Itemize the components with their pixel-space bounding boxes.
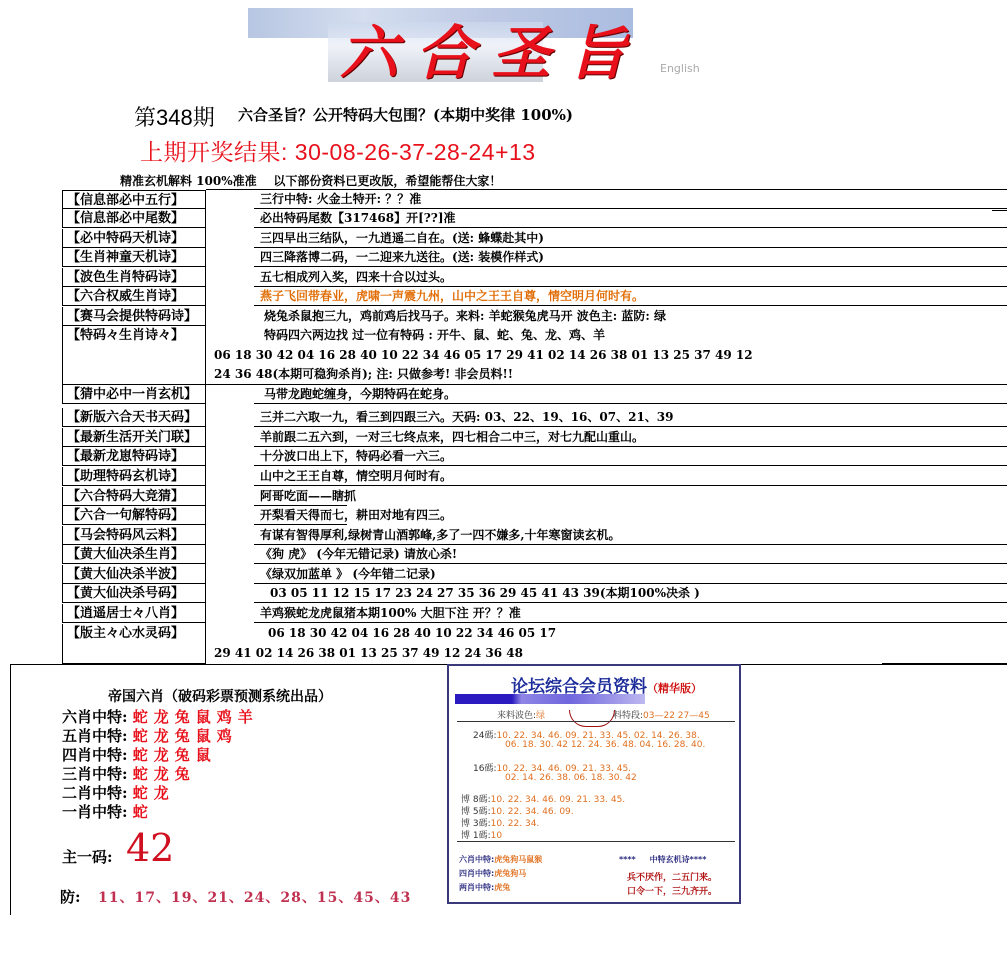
row-label: 【六合权威生肖诗】 — [62, 287, 206, 306]
pick-five: 五肖中特: 蛇龙兔鼠鸡 — [62, 725, 238, 746]
pick-label: 二肖中特: — [62, 784, 128, 802]
code-line: 10 — [491, 831, 502, 841]
row-value: 山中之王王自尊，情空明月何时有。 — [260, 467, 452, 486]
row-label: 【信息部必中五行】 — [62, 190, 206, 209]
pick-zodiacs: 蛇龙 — [133, 784, 175, 802]
code-label: 16碼: — [473, 764, 497, 774]
pick-zodiacs: 蛇龙兔鼠鸡 — [133, 727, 238, 745]
pick-one: 一肖中特: 蛇 — [62, 801, 154, 822]
row-value: 烧兔杀鼠抱三九，鸡前鸡后找马子。来料: 羊蛇猴兔虎马开 波色主: 蓝防: 绿 — [264, 307, 666, 326]
row-label: 【赛马会提供特码诗】 — [62, 307, 206, 326]
row-divider — [254, 485, 1007, 486]
pick-zodiacs: 蛇龙兔 — [133, 765, 196, 783]
row-label: 【黄大仙决杀生肖】 — [62, 545, 206, 564]
foot-six: 六肖中特:虎兔狗马鼠猴 — [459, 854, 542, 865]
row-value: 羊前跟二五六到，一对三七终点来，四七相合二中三，对七九配山重山。 — [260, 428, 644, 447]
notice: 精准玄机解料 100%准准 以下部份资料已更改版，希望能帮住大家！ — [120, 172, 501, 189]
english-link[interactable]: English — [660, 62, 700, 75]
pick-four: 四肖中特: 蛇龙兔鼠 — [62, 744, 217, 765]
code-label: 24碼: — [473, 731, 497, 741]
pick-six: 六肖中特: 蛇龙兔鼠鸡羊 — [62, 706, 259, 727]
wave-value: 绿 — [536, 711, 545, 721]
card-color-bar — [455, 694, 645, 704]
foot-value: 虎兔狗马鼠猴 — [494, 855, 542, 864]
row-value-extra: 29 41 02 14 26 38 01 13 25 37 49 12 24 3… — [214, 644, 523, 663]
code-label: 博 1碼: — [461, 831, 491, 841]
row-label: 【新版六合天书天码】 — [62, 408, 206, 427]
guard-numbers: 11、17、19、21、24、28、15、45、43 — [98, 887, 411, 907]
guard-label: 防: — [60, 886, 81, 907]
row-label: 【六合一句解特码】 — [62, 506, 206, 525]
row-label: 【猜中必中一肖玄机】 — [62, 385, 206, 404]
row-value: 开梨看天得而七，耕田对地有四三。 — [260, 506, 452, 525]
row-divider — [254, 266, 1007, 267]
pick-label: 四肖中特: — [62, 746, 128, 764]
row-label: 【逍遥居士々八肖】 — [62, 604, 206, 623]
row-value: 有谋有智得厚利,绿树青山酒郭峰,多了一四不嫌多,十年寒窗读玄机。 — [260, 526, 621, 545]
pick-two: 二肖中特: 蛇龙 — [62, 782, 175, 803]
wave-label: 来料波色: — [497, 711, 536, 721]
row-divider — [254, 524, 347, 525]
row-value: 四三降落博二码，一二迎来九送往。(送: 装模作样式) — [260, 248, 544, 267]
row-label: 【生肖神童天机诗】 — [62, 248, 206, 267]
code-line: 02. 14. 26. 38. 06. 18. 30. 42 — [505, 773, 637, 783]
row-divider — [254, 403, 1007, 404]
row-label: 【特码々生肖诗々】 — [62, 326, 206, 385]
row-label: 【助理特码玄机诗】 — [62, 467, 206, 486]
segment-label: 料特段: — [613, 711, 643, 721]
card-edition: （精华版） — [647, 682, 702, 695]
row-label: 【最新生活开关门联】 — [62, 428, 206, 447]
six-zodiac-title: 帝国六肖（破码彩票预测系统出品） — [108, 686, 332, 706]
foot-four: 四肖中特:虎兔狗马 — [459, 868, 526, 879]
divider — [742, 664, 882, 665]
divider — [882, 663, 1007, 664]
row-value: 燕子飞回带春业，虎啸一声震九州，山中之王王自尊，情空明月何时有。 — [260, 287, 644, 306]
row-label: 【必中特码天机诗】 — [62, 229, 206, 248]
row-value: 阿哥吃面——瞎抓 — [260, 487, 356, 506]
row-value: 06 18 30 42 04 16 28 40 10 22 34 46 05 1… — [268, 624, 556, 643]
pick-label: 一肖中特: — [62, 803, 128, 821]
code-line: 06. 18. 30. 42 12. 24. 36. 48. 04. 16. 2… — [505, 740, 705, 750]
row-label: 【版主々心水灵码】 — [62, 624, 206, 664]
main-number: 42 — [126, 826, 174, 870]
segment: 料特段:03—22 27—45 — [613, 708, 710, 721]
row-value: 羊鸡猴蛇龙虎鼠猪本期100% 大胆下注 开？？准 — [260, 604, 521, 623]
row-value: 五七相成列入奖，四来十合以过头。 — [260, 268, 452, 287]
row-value: 《狗 虎》 (今年无错记录) 请放心杀! — [260, 545, 457, 564]
row-value: 三行中特: 火金土特开: ？？准 — [260, 190, 421, 209]
foot-label: 六肖中特: — [459, 855, 494, 864]
column-divider — [205, 190, 206, 665]
last-result: 上期开奖结果: 30-08-26-37-28-24+13 — [140, 134, 536, 167]
banner-title: 六合圣旨 — [340, 18, 644, 88]
row-label: 【黄大仙决杀号码】 — [62, 584, 206, 603]
last-result-numbers: 30-08-26-37-28-24+13 — [295, 139, 536, 165]
row-value: 03 05 11 12 15 17 23 24 27 35 36 29 45 4… — [270, 584, 700, 603]
poem-title: **** 中特玄机诗**** — [619, 854, 706, 865]
row-divider — [254, 602, 1007, 603]
row-value: 十分波口出上下，特码必看一六三。 — [260, 447, 452, 466]
pick-label: 五肖中特: — [62, 727, 128, 745]
pick-zodiacs: 蛇龙兔鼠 — [133, 746, 217, 764]
row-label: 【六合特码大竞猜】 — [62, 487, 206, 506]
row-value: 特码四六两边找 过一位有特码 : 开牛、鼠、蛇、兔、龙、鸡、羊 — [264, 326, 605, 345]
code-b1: 博 1碼:10 — [461, 828, 502, 841]
row-divider — [254, 305, 1007, 306]
row-value: 三四早出三结队，一九逍遥二自在。(送: 蜂蝶赴其中) — [260, 229, 544, 248]
code-16-line2: 02. 14. 26. 38. 06. 18. 30. 42 — [505, 773, 637, 783]
poem-line-1: 兵不厌作，二五门来。 — [627, 870, 717, 883]
row-divider — [254, 227, 1007, 228]
pick-three: 三肖中特: 蛇龙兔 — [62, 763, 196, 784]
foot-value: 虎兔狗马 — [494, 869, 526, 878]
page-subtitle: 六合圣旨？公开特码大包围？(本期中奖律 100%) — [238, 104, 573, 125]
code-24-line2: 06. 18. 30. 42 12. 24. 36. 48. 04. 16. 2… — [505, 740, 705, 750]
row-value: 三并二六取一九，看三到四跟三六。天码: 03、22、19、16、07、21、39 — [260, 408, 674, 427]
row-label: 【最新龙崽特码诗】 — [62, 447, 206, 466]
last-result-label: 上期开奖结果: — [140, 139, 288, 165]
row-divider — [62, 384, 1007, 385]
pick-zodiacs: 蛇 — [133, 803, 154, 821]
banner: 六合圣旨 English — [248, 8, 633, 83]
row-label: 【波色生肖特码诗】 — [62, 268, 206, 287]
member-card: 论坛综合会员资料（精华版） 来料波色:绿 料特段:03—22 27—45 24碼… — [447, 664, 741, 904]
row-value-extra: 06 18 30 42 04 16 28 40 10 22 34 46 05 1… — [214, 346, 753, 365]
card-divider — [457, 721, 735, 722]
row-label: 【信息部必中尾数】 — [62, 209, 206, 228]
row-divider — [254, 622, 1007, 623]
row-divider — [254, 563, 1007, 564]
decor-line — [992, 210, 1007, 211]
card-divider — [457, 841, 735, 842]
arc-decoration — [569, 710, 615, 727]
main-number-label: 主一码: — [62, 846, 113, 867]
wave-color: 来料波色:绿 — [497, 708, 545, 721]
row-divider — [254, 426, 1007, 427]
foot-value: 虎兔 — [494, 883, 510, 892]
poem-line-2: 口令一下，三九齐开。 — [627, 884, 717, 897]
row-label: 【黄大仙决杀半波】 — [62, 565, 206, 584]
segment-value: 03—22 27—45 — [643, 711, 710, 721]
row-value: 必出特码尾数【317468】开[??]准 — [260, 209, 456, 228]
row-value: 马带龙跑蛇缠身，今期特码在蛇身。 — [264, 385, 456, 404]
foot-two: 两肖中特:虎兔 — [459, 882, 510, 893]
table-top-border — [206, 189, 1007, 190]
row-divider — [254, 465, 1007, 466]
issue-number: 第348期 — [134, 101, 215, 132]
foot-label: 四肖中特: — [459, 869, 494, 878]
pick-label: 三肖中特: — [62, 765, 128, 783]
pick-label: 六肖中特: — [62, 708, 128, 726]
pick-zodiacs: 蛇龙兔鼠鸡羊 — [133, 708, 259, 726]
row-label: 【马会特码风云料】 — [62, 526, 206, 545]
foot-label: 两肖中特: — [459, 883, 494, 892]
row-value-extra: 24 36 48(本期可稳狗杀肖); 注: 只做参考! 非会员料!! — [214, 365, 513, 384]
row-value: 《绿双加蓝单 》 (今年错二记录) — [260, 565, 436, 584]
